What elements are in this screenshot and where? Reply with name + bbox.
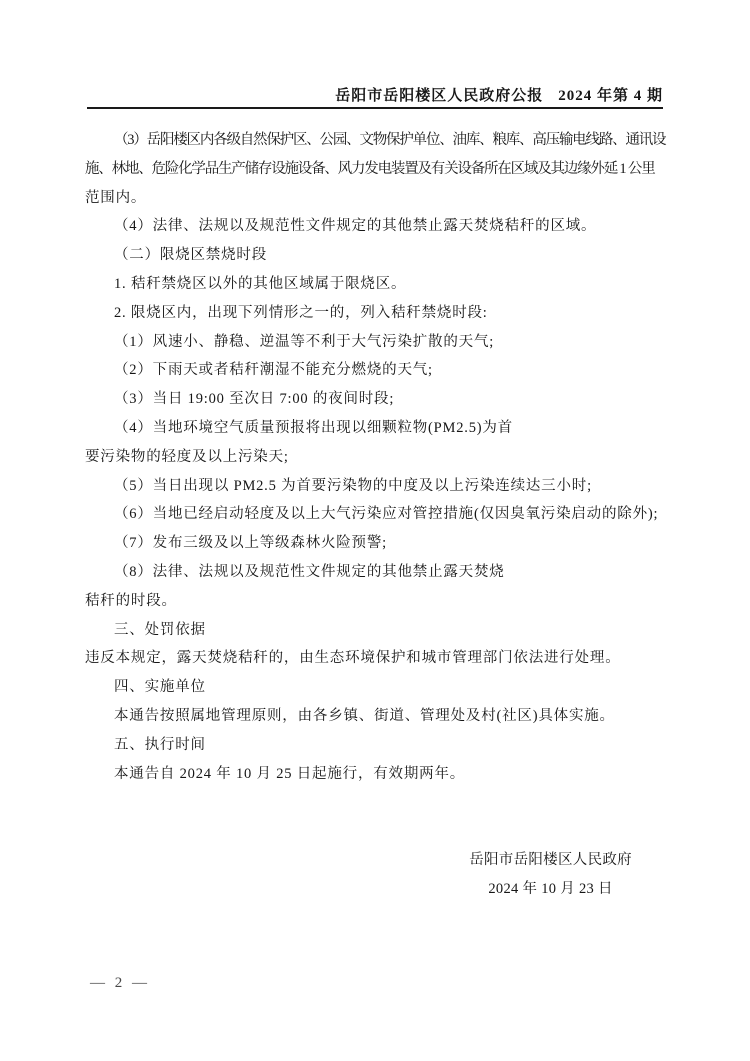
document-line: （5）当日出现以 PM2.5 为首要污染物的中度及以上污染连续达三小时;: [85, 472, 665, 501]
document-line: 违反本规定，露天焚烧秸秆的，由生态环境保护和城市管理部门依法进行处理。: [85, 644, 665, 673]
document-page: 岳阳市岳阳楼区人民政府公报2024 年第 4 期 （3）岳阳楼区内各级自然保护区…: [0, 0, 750, 1061]
page-header: 岳阳市岳阳楼区人民政府公报2024 年第 4 期: [87, 87, 663, 105]
document-line: （二）限烧区禁烧时段: [85, 241, 665, 270]
document-line: 1. 秸秆禁烧区以外的其他区域属于限烧区。: [85, 270, 665, 299]
document-line: （6）当地已经启动轻度及以上大气污染应对管控措施(仅因臭氧污染启动的除外);: [85, 500, 665, 529]
document-line: 本通告按照属地管理原则，由各乡镇、街道、管理处及村(社区)具体实施。: [85, 702, 665, 731]
document-line: （7）发布三级及以上等级森林火险预警;: [85, 529, 665, 558]
gazette-issue: 2024 年第 4 期: [558, 88, 663, 104]
document-line: （4）当地环境空气质量预报将出现以细颗粒物(PM2.5)为首: [85, 414, 665, 443]
document-body: （3）岳阳楼区内各级自然保护区、公园、文物保护单位、油库、粮库、高压输电线路、通…: [85, 126, 665, 788]
document-line: （4）法律、法规以及规范性文件规定的其他禁止露天焚烧秸秆的区域。: [85, 212, 665, 241]
signature-organization: 岳阳市岳阳楼区人民政府: [469, 846, 632, 875]
signature-block: 岳阳市岳阳楼区人民政府 2024 年 10 月 23 日: [469, 846, 632, 904]
signature-date: 2024 年 10 月 23 日: [469, 875, 632, 904]
document-line: （3）当日 19:00 至次日 7:00 的夜间时段;: [85, 385, 665, 414]
document-line: 五、执行时间: [85, 731, 665, 760]
document-line: （1）风速小、静稳、逆温等不利于大气污染扩散的天气;: [85, 328, 665, 357]
document-line: （3）岳阳楼区内各级自然保护区、公园、文物保护单位、油库、粮库、高压输电线路、通…: [85, 126, 665, 155]
gazette-title: 岳阳市岳阳楼区人民政府公报: [335, 88, 543, 104]
header-rule: [87, 107, 663, 109]
document-line: 四、实施单位: [85, 673, 665, 702]
document-line: 三、处罚依据: [85, 616, 665, 645]
document-line: （2）下雨天或者秸秆潮湿不能充分燃烧的天气;: [85, 356, 665, 385]
document-line: 2. 限烧区内，出现下列情形之一的，列入秸秆禁烧时段:: [85, 299, 665, 328]
document-line: 范围内。: [85, 184, 665, 213]
document-line: （8）法律、法规以及规范性文件规定的其他禁止露天焚烧: [85, 558, 665, 587]
document-line: 施、林地、危险化学品生产储存设施设备、风力发电装置及有关设备所在区域及其边缘外延…: [85, 155, 665, 184]
document-line: 本通告自 2024 年 10 月 25 日起施行，有效期两年。: [85, 760, 665, 789]
page-number: — 2 —: [90, 971, 150, 995]
document-line: 秸秆的时段。: [85, 587, 665, 616]
document-line: 要污染物的轻度及以上污染天;: [85, 443, 665, 472]
